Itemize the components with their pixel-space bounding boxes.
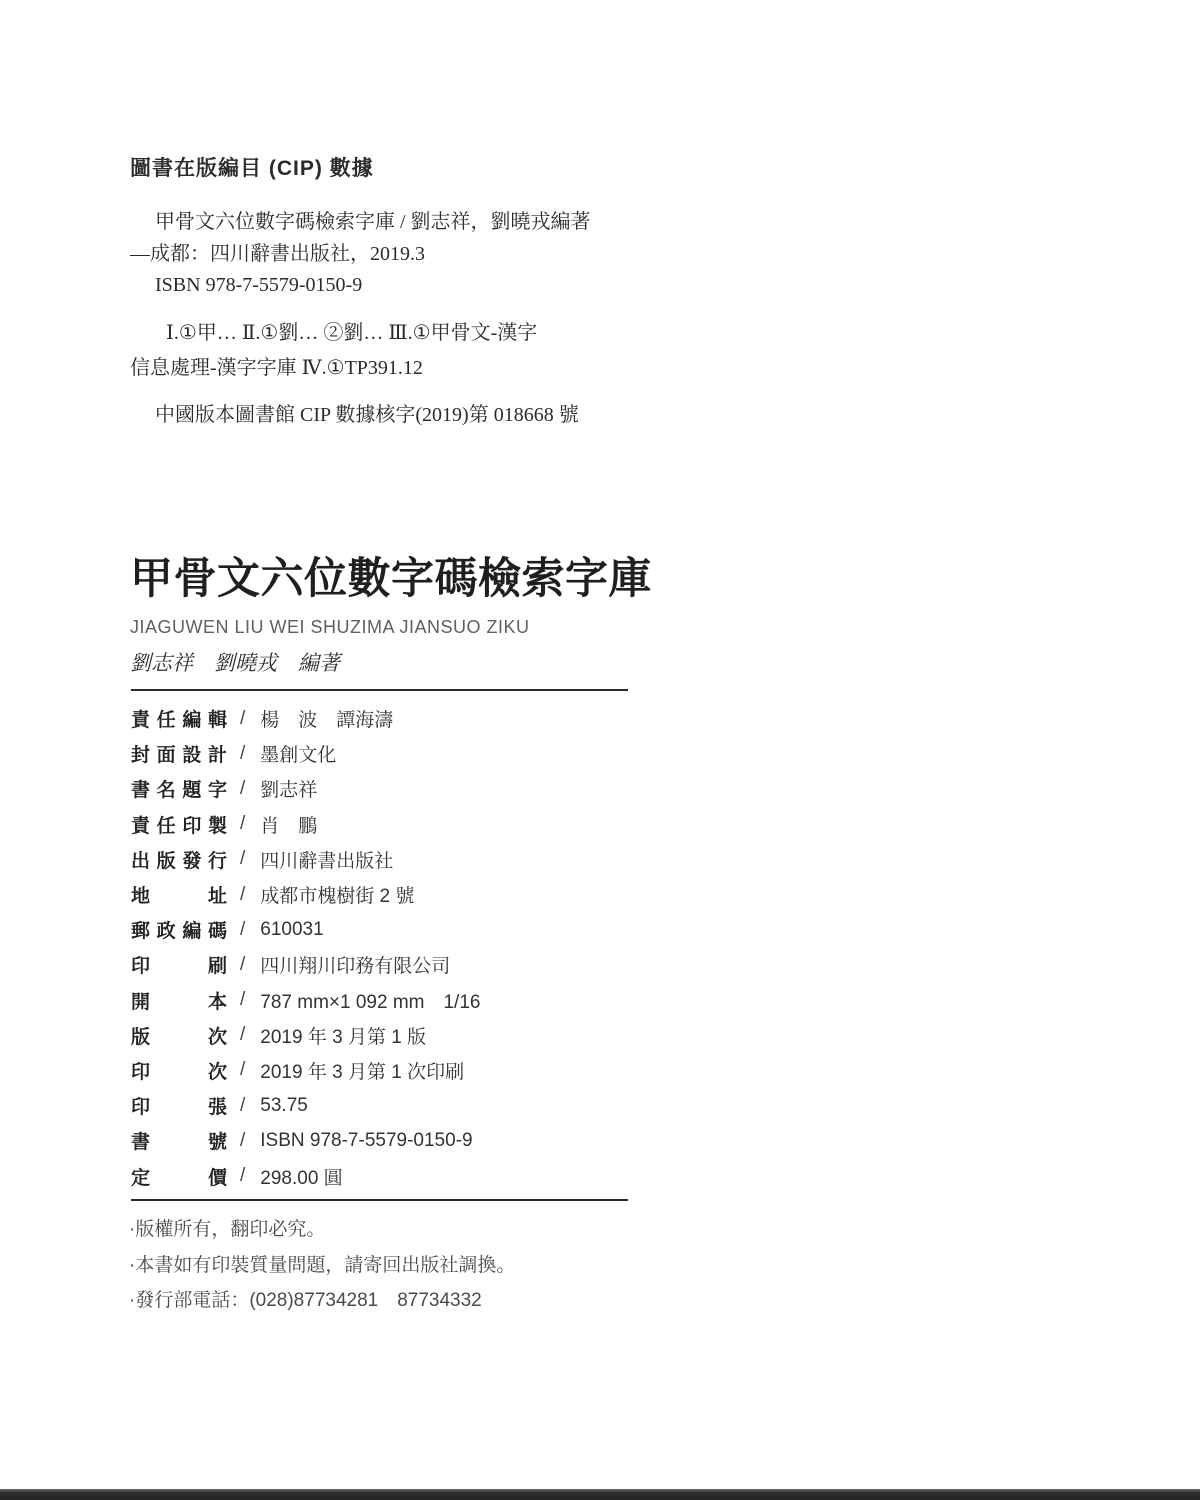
colophon-row-separator: /	[240, 813, 245, 835]
colophon-row-value: 四川辭書出版社	[260, 846, 393, 873]
colophon-row-separator: /	[240, 989, 245, 1011]
colophon-row: 印張 / 53.75	[131, 1088, 691, 1123]
colophon-row-separator: /	[240, 1095, 245, 1117]
colophon-row-label: 責任印製	[131, 811, 227, 838]
colophon-row-value: 2019 年 3 月第 1 次印刷	[260, 1057, 464, 1084]
colophon-row-value: 肖 鵬	[260, 811, 317, 838]
colophon-row-value: 成都市槐樹街 2 號	[260, 881, 414, 908]
book-title: 甲骨文六位數字碼檢索字庫	[130, 545, 730, 606]
colophon-row-value: 墨創文化	[260, 740, 336, 767]
colophon-row: 責任編輯 / 楊 波 譚海濤	[131, 701, 691, 736]
cip-header: 圖書在版編目 (CIP) 數據	[130, 152, 710, 182]
colophon-row-label: 印張	[131, 1092, 227, 1119]
colophon-row: 地址 / 成都市槐樹街 2 號	[131, 877, 691, 912]
colophon-row-label: 責任編輯	[131, 705, 227, 732]
colophon-row-label: 版次	[131, 1022, 227, 1049]
cip-isbn-line: ISBN 978-7-5579-0150-9	[130, 270, 710, 302]
colophon-row-separator: /	[240, 1165, 245, 1187]
colophon-row-label: 開本	[131, 987, 227, 1014]
colophon-row-value: ISBN 978-7-5579-0150-9	[260, 1130, 472, 1152]
colophon-row: 封面設計 / 墨創文化	[131, 736, 691, 771]
copyright-page: 圖書在版編目 (CIP) 數據 甲骨文六位數字碼檢索字庫 / 劉志祥，劉曉戎編著…	[0, 0, 1200, 1500]
note-phone: ·發行部電話：(028)87734281 87734332	[129, 1283, 729, 1319]
colophon-row-label: 書號	[131, 1127, 227, 1154]
cip-body: 甲骨文六位數字碼檢索字庫 / 劉志祥，劉曉戎編著 —成都：四川辭書出版社，201…	[130, 207, 710, 302]
colophon-row-value: 610031	[260, 919, 323, 941]
colophon-row-label: 封面設計	[131, 740, 227, 767]
colophon-row-value: 298.00 圓	[260, 1163, 342, 1190]
colophon-table: 責任編輯 / 楊 波 譚海濤 封面設計 / 墨創文化 書名題字 / 劉志祥 責任…	[131, 701, 691, 1194]
divider-rule-bottom	[131, 1199, 628, 1201]
colophon-row-label: 書名題字	[131, 775, 227, 802]
colophon-row: 定價 / 298.00 圓	[131, 1158, 691, 1193]
colophon-row: 印刷 / 四川翔川印務有限公司	[131, 947, 691, 982]
colophon-row-label: 地址	[131, 881, 227, 908]
colophon-row-separator: /	[240, 1059, 245, 1081]
divider-rule-top	[131, 689, 628, 691]
colophon-row: 書號 / ISBN 978-7-5579-0150-9	[131, 1123, 691, 1158]
colophon-row: 責任印製 / 肖 鵬	[131, 807, 691, 842]
note-copyright: ·版權所有，翻印必究。	[129, 1212, 729, 1248]
colophon-row-label: 印刷	[131, 951, 227, 978]
cip-classification-line: Ⅰ.①甲… Ⅱ.①劉… ②劉… Ⅲ.①甲骨文-漢字	[130, 316, 710, 351]
note-quality: ·本書如有印裝質量問題，請寄回出版社調換。	[129, 1248, 729, 1284]
colophon-row-value: 787 mm×1 092 mm 1/16	[260, 987, 480, 1014]
cip-line: 甲骨文六位數字碼檢索字庫 / 劉志祥，劉曉戎編著	[130, 207, 710, 239]
colophon-row-separator: /	[240, 778, 245, 800]
page-edge-strip	[0, 1489, 1200, 1500]
colophon-row-value: 2019 年 3 月第 1 版	[260, 1022, 426, 1049]
colophon-row: 印次 / 2019 年 3 月第 1 次印刷	[131, 1053, 691, 1088]
cip-registry-line: 中國版本圖書館 CIP 數據核字(2019)第 018668 號	[130, 398, 710, 427]
colophon-row-separator: /	[240, 1130, 245, 1152]
cip-classification-line: 信息處理-漢字字庫 Ⅳ.①TP391.12	[130, 351, 710, 386]
colophon-row-value: 楊 波 譚海濤	[260, 705, 393, 732]
colophon-row-value: 四川翔川印務有限公司	[260, 951, 450, 978]
colophon-row-label: 印次	[131, 1057, 227, 1084]
title-block: 甲骨文六位數字碼檢索字庫 JIAGUWEN LIU WEI SHUZIMA JI…	[130, 545, 730, 677]
book-title-pinyin: JIAGUWEN LIU WEI SHUZIMA JIANSUO ZIKU	[130, 617, 730, 638]
colophon-row: 郵政編碼 / 610031	[131, 912, 691, 947]
colophon-row-separator: /	[240, 884, 245, 906]
colophon-row: 出版發行 / 四川辭書出版社	[131, 842, 691, 877]
colophon-row: 開本 / 787 mm×1 092 mm 1/16	[131, 983, 691, 1018]
colophon-row-label: 郵政編碼	[131, 916, 227, 943]
cip-line: —成都：四川辭書出版社，2019.3	[130, 239, 710, 271]
colophon-row-separator: /	[240, 1024, 245, 1046]
colophon-row-separator: /	[240, 743, 245, 765]
colophon-row-value: 劉志祥	[260, 775, 317, 802]
colophon-row-label: 定價	[131, 1163, 227, 1190]
cip-block: 圖書在版編目 (CIP) 數據 甲骨文六位數字碼檢索字庫 / 劉志祥，劉曉戎編著…	[130, 152, 710, 427]
colophon-row-label: 出版發行	[131, 846, 227, 873]
colophon-row: 書名題字 / 劉志祥	[131, 771, 691, 806]
colophon-row-separator: /	[240, 848, 245, 870]
colophon-row-separator: /	[240, 919, 245, 941]
authors-line: 劉志祥 劉曉戎 編著	[130, 647, 730, 677]
colophon-row-value: 53.75	[260, 1095, 308, 1117]
cip-classification: Ⅰ.①甲… Ⅱ.①劉… ②劉… Ⅲ.①甲骨文-漢字 信息處理-漢字字庫 Ⅳ.①T…	[130, 316, 710, 386]
colophon-row-separator: /	[240, 954, 245, 976]
colophon-row: 版次 / 2019 年 3 月第 1 版	[131, 1018, 691, 1053]
colophon-row-separator: /	[240, 708, 245, 730]
notes-list: ·版權所有，翻印必究。 ·本書如有印裝質量問題，請寄回出版社調換。 ·發行部電話…	[129, 1212, 729, 1319]
